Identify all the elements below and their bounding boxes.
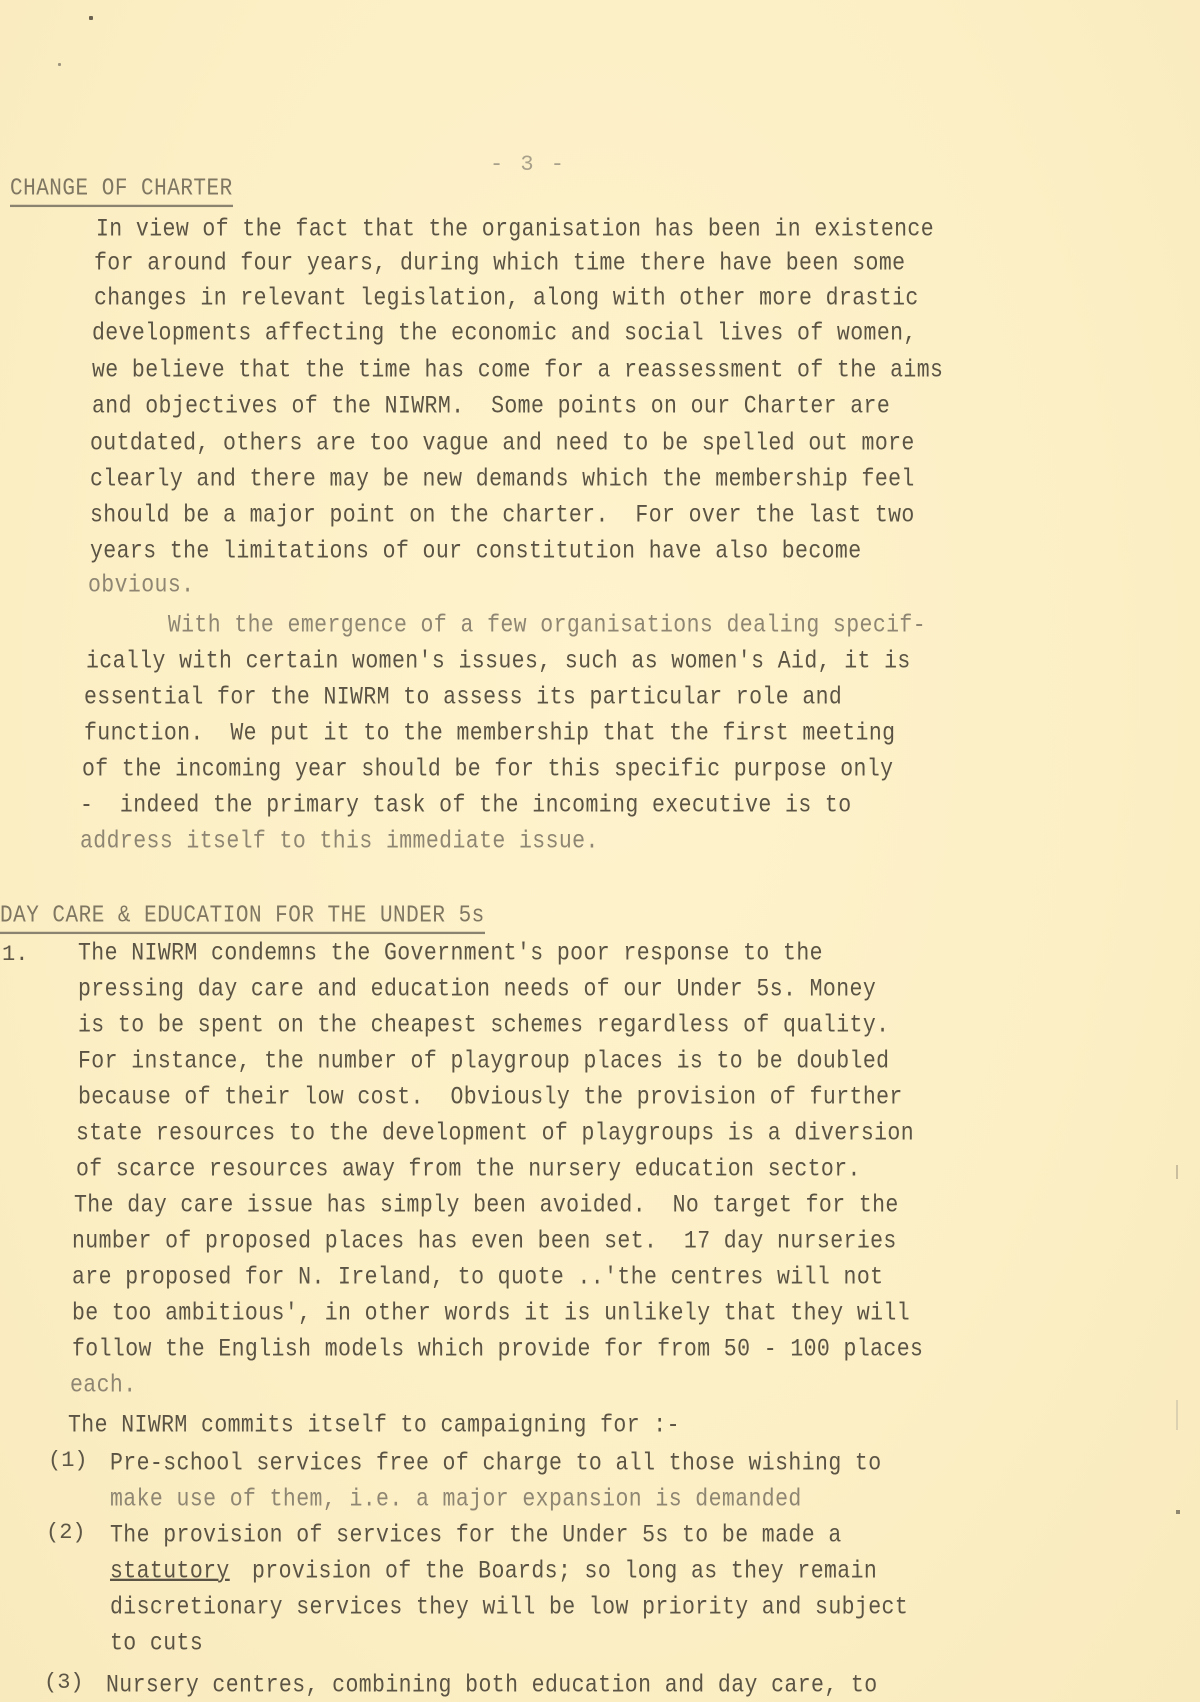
text-line: The day care issue has simply been avoid… xyxy=(74,1192,899,1220)
text-line: we believe that the time has come for a … xyxy=(92,357,943,385)
scan-edge-mark xyxy=(1176,1400,1178,1430)
text-line: because of their low cost. Obviously the… xyxy=(78,1084,903,1112)
commitment-intro: The NIWRM commits itself to campaigning … xyxy=(68,1412,680,1440)
text-line: provision of the Boards; so long as they… xyxy=(252,1558,877,1586)
text-line: Pre-school services free of charge to al… xyxy=(110,1450,882,1478)
text-line: outdated, others are too vague and need … xyxy=(90,430,915,458)
text-line: changes in relevant legislation, along w… xyxy=(94,285,919,313)
text-line: ically with certain women's issues, such… xyxy=(86,648,911,676)
text-line: follow the English models which provide … xyxy=(72,1336,923,1364)
section-heading-change-of-charter: CHANGE OF CHARTER xyxy=(10,176,233,207)
text-line: essential for the NIWRM to assess its pa… xyxy=(84,684,842,712)
text-line: In view of the fact that the organisatio… xyxy=(96,216,934,244)
text-line: With the emergence of a few organisation… xyxy=(88,612,926,640)
demand-number: (2) xyxy=(46,1520,86,1545)
text-line: For instance, the number of playgroup pl… xyxy=(78,1048,889,1076)
text-line: for around four years, during which time… xyxy=(94,250,905,278)
text-line: make use of them, i.e. a major expansion… xyxy=(110,1486,802,1514)
text-line: of the incoming year should be for this … xyxy=(82,756,893,784)
underlined-word: statutory xyxy=(110,1558,230,1586)
text-line: obvious. xyxy=(88,572,194,600)
demand-number: (1) xyxy=(48,1448,88,1473)
text-line: of scarce resources away from the nurser… xyxy=(76,1156,861,1184)
page-number: - 3 - xyxy=(490,152,566,177)
text-line: be too ambitious', in other words it is … xyxy=(72,1300,910,1328)
text-line: each. xyxy=(70,1372,137,1400)
section-heading-day-care-education: DAY CARE & EDUCATION FOR THE UNDER 5s xyxy=(0,903,485,934)
text-line: - indeed the primary task of the incomin… xyxy=(80,792,852,820)
text-line: years the limitations of our constitutio… xyxy=(90,538,862,566)
text-line: Nursery centres, combining both educatio… xyxy=(106,1672,878,1700)
text-line: discretionary services they will be low … xyxy=(110,1594,908,1622)
scanned-page: - 3 - CHANGE OF CHARTER In view of the f… xyxy=(0,0,1200,1702)
text-line: pressing day care and education needs of… xyxy=(78,976,876,1004)
text-line: is to be spent on the cheapest schemes r… xyxy=(78,1012,889,1040)
text-line: number of proposed places has even been … xyxy=(72,1228,897,1256)
scan-edge-mark xyxy=(1176,1510,1180,1514)
text-line: to cuts xyxy=(110,1630,203,1658)
scan-speck xyxy=(58,63,61,66)
item-number: 1. xyxy=(2,942,28,967)
text-line: developments affecting the economic and … xyxy=(92,320,917,348)
text-line: function. We put it to the membership th… xyxy=(84,720,895,748)
text-line: The NIWRM condemns the Government's poor… xyxy=(78,940,823,968)
text-line: The provision of services for the Under … xyxy=(110,1522,842,1550)
text-line: address itself to this immediate issue. xyxy=(80,828,599,856)
text-line: and objectives of the NIWRM. Some points… xyxy=(92,393,890,421)
demand-number: (3) xyxy=(44,1670,84,1695)
text-line: clearly and there may be new demands whi… xyxy=(90,466,915,494)
text-line: should be a major point on the charter. … xyxy=(90,502,915,530)
text-line: are proposed for N. Ireland, to quote ..… xyxy=(72,1264,883,1292)
text-line: state resources to the development of pl… xyxy=(76,1120,914,1148)
scan-edge-mark xyxy=(1176,1165,1178,1179)
scan-speck xyxy=(89,16,93,20)
